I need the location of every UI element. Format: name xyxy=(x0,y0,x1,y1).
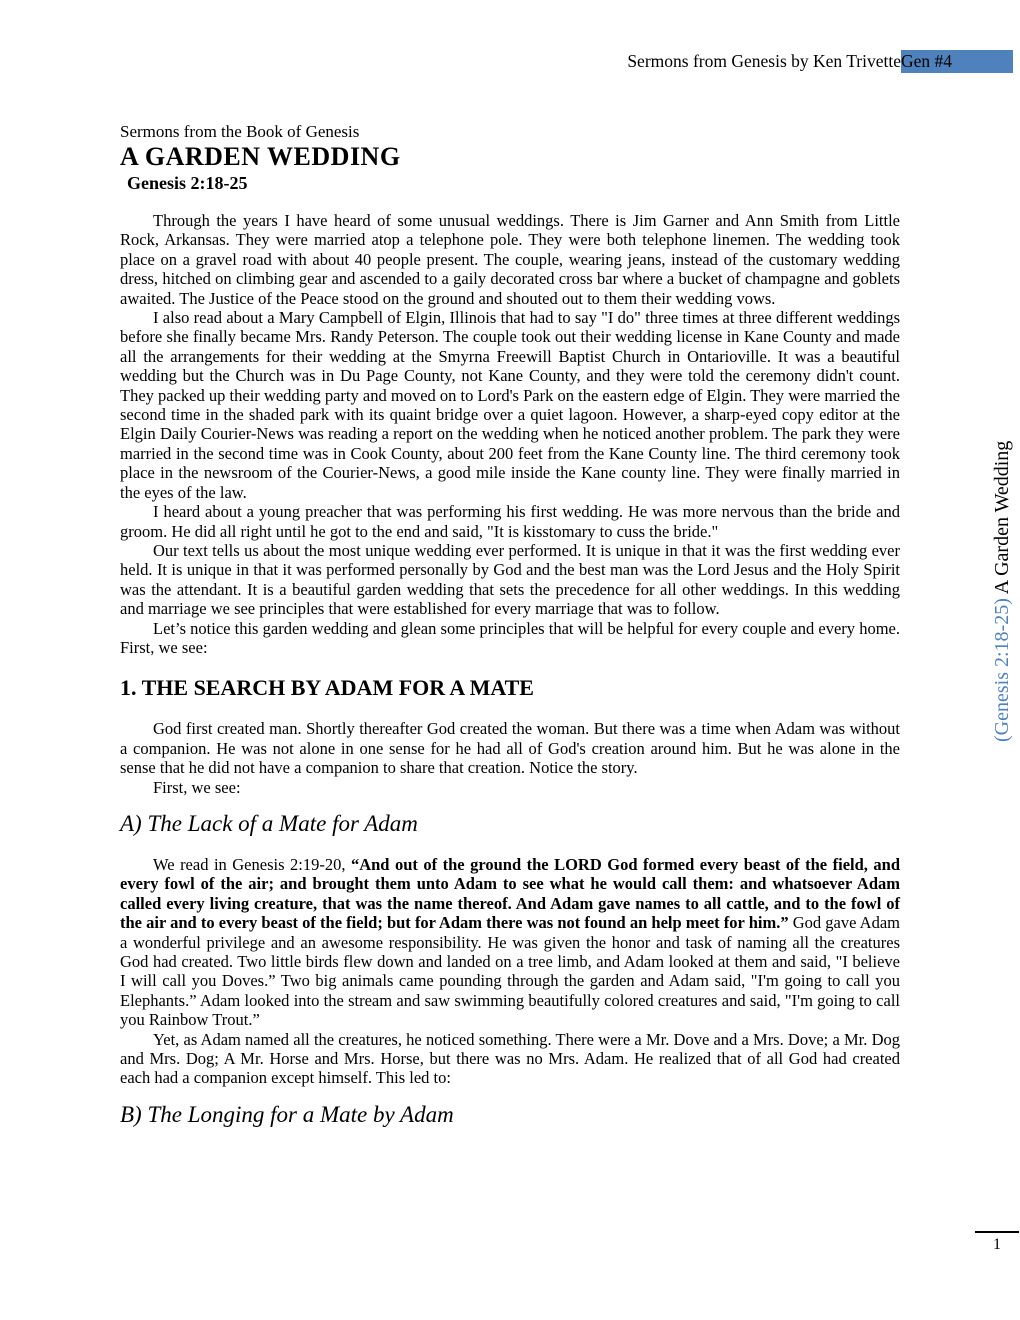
document-body: Sermons from the Book of Genesis A GARDE… xyxy=(120,121,900,1146)
scripture-reference: Genesis 2:18-25 xyxy=(120,172,900,194)
page-footer: 1 xyxy=(975,1231,1019,1255)
subsection-a-paragraph-1: We read in Genesis 2:19-20, “And out of … xyxy=(120,855,900,1030)
intro-paragraph-2: I also read about a Mary Campbell of Elg… xyxy=(120,308,900,502)
intro-paragraph-5: Let’s notice this garden wedding and gle… xyxy=(120,619,900,658)
header-title: Sermons from Genesis by Ken Trivette xyxy=(627,50,901,73)
sidebar-title-text: A Garden Wedding xyxy=(991,441,1013,598)
quote-intro-text: We read in Genesis 2:19-20, xyxy=(153,855,351,874)
section-1-paragraph: God first created man. Shortly thereafte… xyxy=(120,719,900,777)
header-badge: Gen #4 xyxy=(901,50,1013,73)
margin-vertical-title: (Genesis 2:18-25) A Garden Wedding xyxy=(990,386,1014,742)
subsection-a-heading: A) The Lack of a Mate for Adam xyxy=(120,810,900,837)
sermon-title: A GARDEN WEDDING xyxy=(120,142,900,172)
subsection-a-paragraph-2: Yet, as Adam named all the creatures, he… xyxy=(120,1030,900,1088)
intro-paragraph-1: Through the years I have heard of some u… xyxy=(120,211,900,308)
page-number: 1 xyxy=(975,1233,1019,1255)
section-1-heading: 1. THE SEARCH BY ADAM FOR A MATE xyxy=(120,674,900,701)
section-1-lead-in: First, we see: xyxy=(120,778,900,797)
intro-paragraph-3: I heard about a young preacher that was … xyxy=(120,502,900,541)
intro-paragraph-4: Our text tells us about the most unique … xyxy=(120,541,900,619)
series-title: Sermons from the Book of Genesis xyxy=(120,121,900,142)
page-header: Sermons from Genesis by Ken Trivette Gen… xyxy=(627,50,1013,73)
document-page: Sermons from Genesis by Ken Trivette Gen… xyxy=(0,0,1020,1320)
subsection-b-heading: B) The Longing for a Mate by Adam xyxy=(120,1101,900,1128)
sidebar-scripture-text: (Genesis 2:18-25) xyxy=(991,598,1013,742)
